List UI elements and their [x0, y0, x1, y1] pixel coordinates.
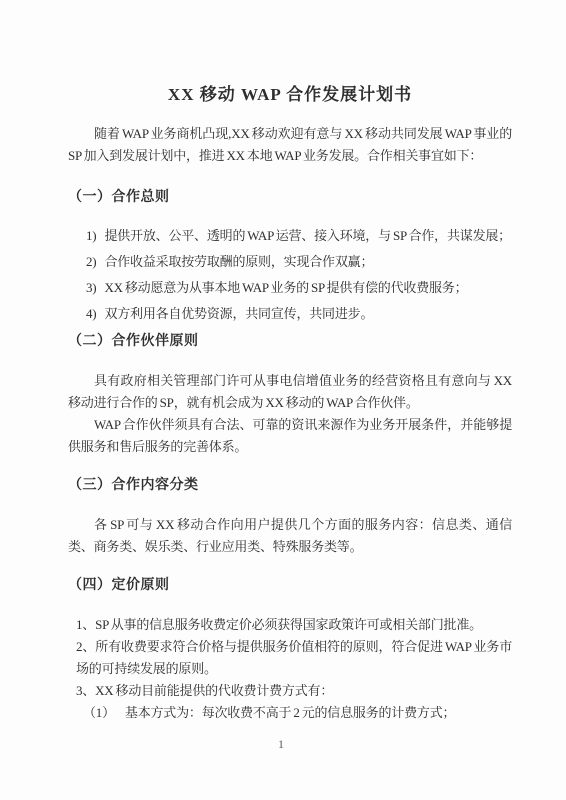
clause-text: SP 从事的信息服务收费定价必须获得国家政策许可或相关部门批准。 — [95, 617, 482, 632]
clause-item: 1、SP 从事的信息服务收费定价必须获得国家政策许可或相关部门批准。 — [68, 614, 512, 636]
list-item-marker: 1) — [86, 228, 96, 243]
clause-subitem: （1）基本方式为：每次收费不高于 2 元的信息服务的计费方式； — [68, 702, 512, 724]
list-item: 4)双方利用各自优势资源，共同宣传，共同进步。 — [68, 301, 512, 327]
body-paragraph: WAP 合作伙伴须具有合法、可靠的资讯来源作为业务开展条件，并能够提供服务和售后… — [68, 414, 512, 458]
list-item-text: XX 移动愿意为从事本地 WAP 业务的 SP 提供有偿的代收费服务； — [104, 280, 467, 295]
list-item-text: 提供开放、公平、透明的 WAP 运营、接入环境，与 SP 合作，共谋发展； — [104, 228, 511, 243]
section-partner-principles: （二）合作伙伴原则 具有政府相关管理部门许可从事电信增值业务的经营资格且有意向与… — [68, 331, 512, 458]
section-pricing-principles: （四）定价原则 1、SP 从事的信息服务收费定价必须获得国家政策许可或相关部门批… — [68, 575, 512, 724]
document-content: XX 移动 WAP 合作发展计划书 随着 WAP 业务商机凸现,XX 移动欢迎有… — [0, 82, 566, 724]
page-number: 1 — [0, 736, 562, 752]
clause-marker: （1） — [83, 705, 115, 720]
list-item: 2)合作收益采取按劳取酬的原则，实现合作双赢； — [68, 249, 512, 275]
list-item: 3)XX 移动愿意为从事本地 WAP 业务的 SP 提供有偿的代收费服务； — [68, 275, 512, 301]
document-page: XX 移动 WAP 合作发展计划书 随着 WAP 业务商机凸现,XX 移动欢迎有… — [0, 0, 566, 800]
list-item-marker: 4) — [86, 306, 96, 321]
body-paragraph: 具有政府相关管理部门许可从事电信增值业务的经营资格且有意向与 XX 移动进行合作… — [68, 370, 512, 414]
numbered-list: 1)提供开放、公平、透明的 WAP 运营、接入环境，与 SP 合作，共谋发展； … — [68, 223, 512, 327]
clause-text: 所有收费要求符合价格与提供服务价值相符的原则，符合促进 WAP 业务市场的可持续… — [76, 639, 512, 676]
intro-paragraph: 随着 WAP 业务商机凸现,XX 移动欢迎有意与 XX 移动共同发展 WAP 事… — [68, 123, 512, 167]
document-title: XX 移动 WAP 合作发展计划书 — [68, 82, 512, 108]
clause-text: XX 移动目前能提供的代收费计费方式有： — [95, 683, 333, 698]
body-paragraph: 各 SP 可与 XX 移动合作向用户提供几个方面的服务内容：信息类、通信类、商务… — [68, 514, 512, 558]
clause-item: 2、所有收费要求符合价格与提供服务价值相符的原则，符合促进 WAP 业务市场的可… — [68, 636, 512, 680]
section-heading: （四）定价原则 — [68, 575, 512, 597]
clause-marker: 1、 — [76, 617, 95, 632]
list-item-marker: 2) — [86, 254, 96, 269]
clause-marker: 2、 — [76, 639, 95, 654]
clause-item: 3、XX 移动目前能提供的代收费计费方式有： — [68, 680, 512, 702]
list-item-text: 双方利用各自优势资源，共同宣传，共同进步。 — [104, 306, 373, 321]
list-item-text: 合作收益采取按劳取酬的原则，实现合作双赢； — [104, 254, 373, 269]
section-heading: （一）合作总则 — [68, 187, 512, 209]
section-heading: （三）合作内容分类 — [68, 475, 512, 497]
section-content-categories: （三）合作内容分类 各 SP 可与 XX 移动合作向用户提供几个方面的服务内容：… — [68, 475, 512, 558]
clause-marker: 3、 — [76, 683, 95, 698]
list-item: 1)提供开放、公平、透明的 WAP 运营、接入环境，与 SP 合作，共谋发展； — [68, 223, 512, 249]
section-cooperation-general: （一）合作总则 1)提供开放、公平、透明的 WAP 运营、接入环境，与 SP 合… — [68, 187, 512, 327]
list-item-marker: 3) — [86, 280, 96, 295]
section-heading: （二）合作伙伴原则 — [68, 331, 512, 353]
clause-text: 基本方式为：每次收费不高于 2 元的信息服务的计费方式； — [125, 705, 455, 720]
